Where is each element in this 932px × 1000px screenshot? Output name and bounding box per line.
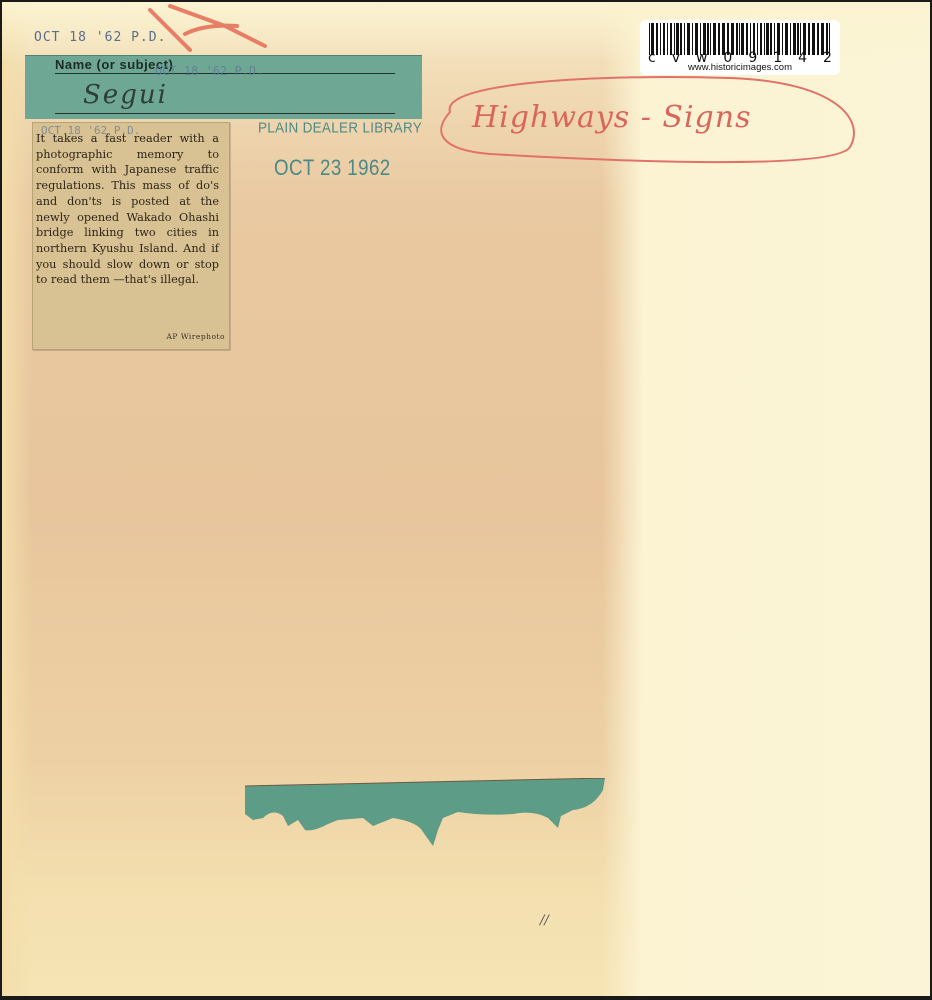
library-stamp: PLAIN DEALER LIBRARY [258,119,422,136]
subject-annotation: Highways - Signs [472,100,751,135]
clipping-caption: It takes a fast reader with a photograph… [36,131,219,288]
clipping-credit: AP Wirephoto [166,332,225,341]
name-subject-label: Name (or subject) OCT 18 '62 P.D. Segui [25,55,422,119]
label-rule [55,113,395,114]
newspaper-clipping: OCT 18 '62 P.D. It takes a fast reader w… [32,122,230,350]
red-h-mark [145,2,270,52]
received-date-stamp: OCT 23 1962 [274,155,391,181]
barcode-label: cvw09142 www.historicimages.com [640,20,840,75]
paper-edge [2,2,32,996]
handwritten-signature: Segui [83,80,168,110]
label-overlay-stamp: OCT 18 '62 P.D. [155,64,263,78]
green-tape-remnant [243,778,606,848]
pencil-mark: // [540,913,549,928]
